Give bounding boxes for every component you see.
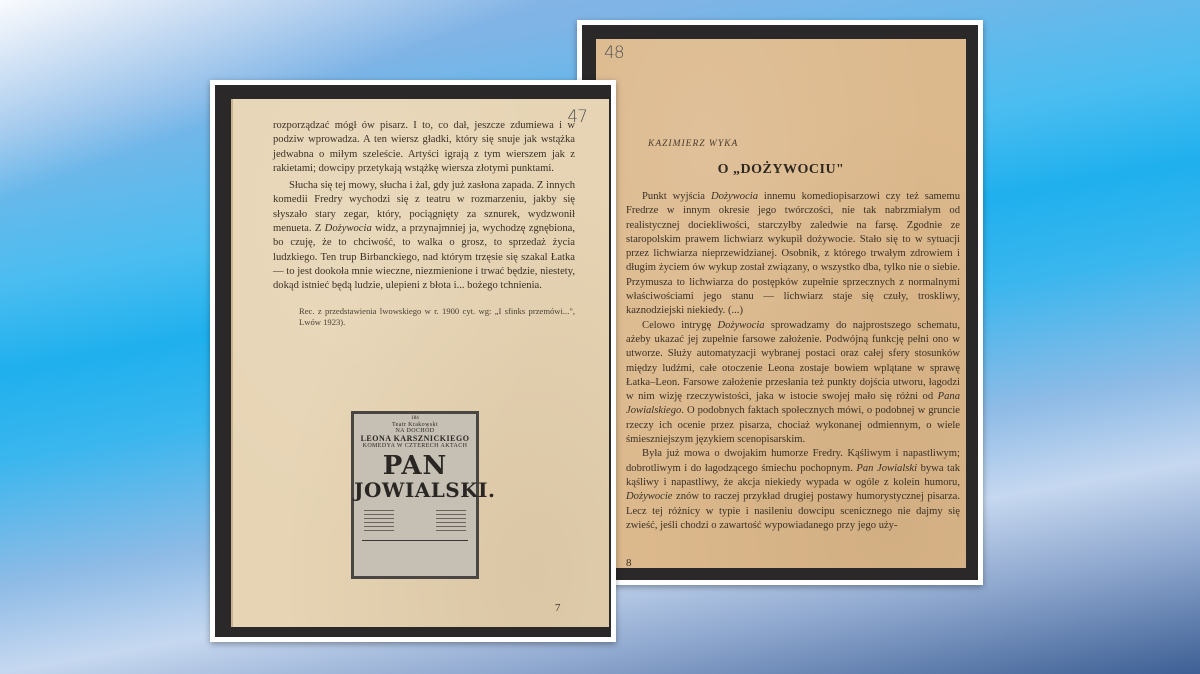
right-page-frame: 48 KAZIMIERZ WYKA O „DOŻYWOCIU" Punkt wy…	[577, 20, 983, 585]
page-number: 7	[555, 602, 561, 614]
right-page-mat: 48 KAZIMIERZ WYKA O „DOŻYWOCIU" Punkt wy…	[582, 25, 978, 580]
left-page: 47 rozporządzać mógł ów pisarz. I to, co…	[231, 99, 609, 627]
paragraph: rozporządzać mógł ów pisarz. I to, co da…	[273, 119, 575, 176]
poster-title-line-1: PAN	[354, 453, 476, 479]
article-body: Punkt wyjścia Dożywocia innemu komediopi…	[626, 190, 960, 533]
poster-title-line-2: JOWIALSKI.	[354, 479, 476, 501]
poster-rule	[362, 540, 468, 541]
left-page-frame: 47 rozporządzać mógł ów pisarz. I to, co…	[210, 80, 616, 642]
left-page-mat: 47 rozporządzać mógł ów pisarz. I to, co…	[215, 85, 611, 637]
poster-beneficiary: LEONA KARSZNICKIEGO	[354, 434, 476, 443]
author-name: KAZIMIERZ WYKA	[648, 139, 738, 149]
paragraph: Celowo intrygę Dożywocia sprowadzamy do …	[626, 319, 960, 448]
paragraph: Słucha się tej mowy, słucha i żal, gdy j…	[273, 179, 575, 293]
right-page: 48 KAZIMIERZ WYKA O „DOŻYWOCIU" Punkt wy…	[596, 39, 966, 568]
paragraph: Była już mowa o dwojakim humorze Fredry.…	[626, 447, 960, 533]
left-page-body: rozporządzać mógł ów pisarz. I to, co da…	[273, 119, 575, 329]
paragraph: Punkt wyjścia Dożywocia innemu komediopi…	[626, 190, 960, 319]
poster-image-pan-jowialski: 184 Teatr Krakowski NA DOCHÓD LEONA KARS…	[351, 411, 479, 579]
poster-genre: KOMEDYA W CZTERECH AKTACH	[354, 443, 476, 449]
poster-cast-list	[354, 501, 476, 534]
article-title: O „DOŻYWOCIU"	[596, 162, 966, 178]
footnote: Rec. z przedstawienia lwowskiego w r. 19…	[299, 306, 575, 329]
handwritten-page-number: 48	[604, 43, 624, 63]
page-number: 8	[626, 557, 632, 568]
